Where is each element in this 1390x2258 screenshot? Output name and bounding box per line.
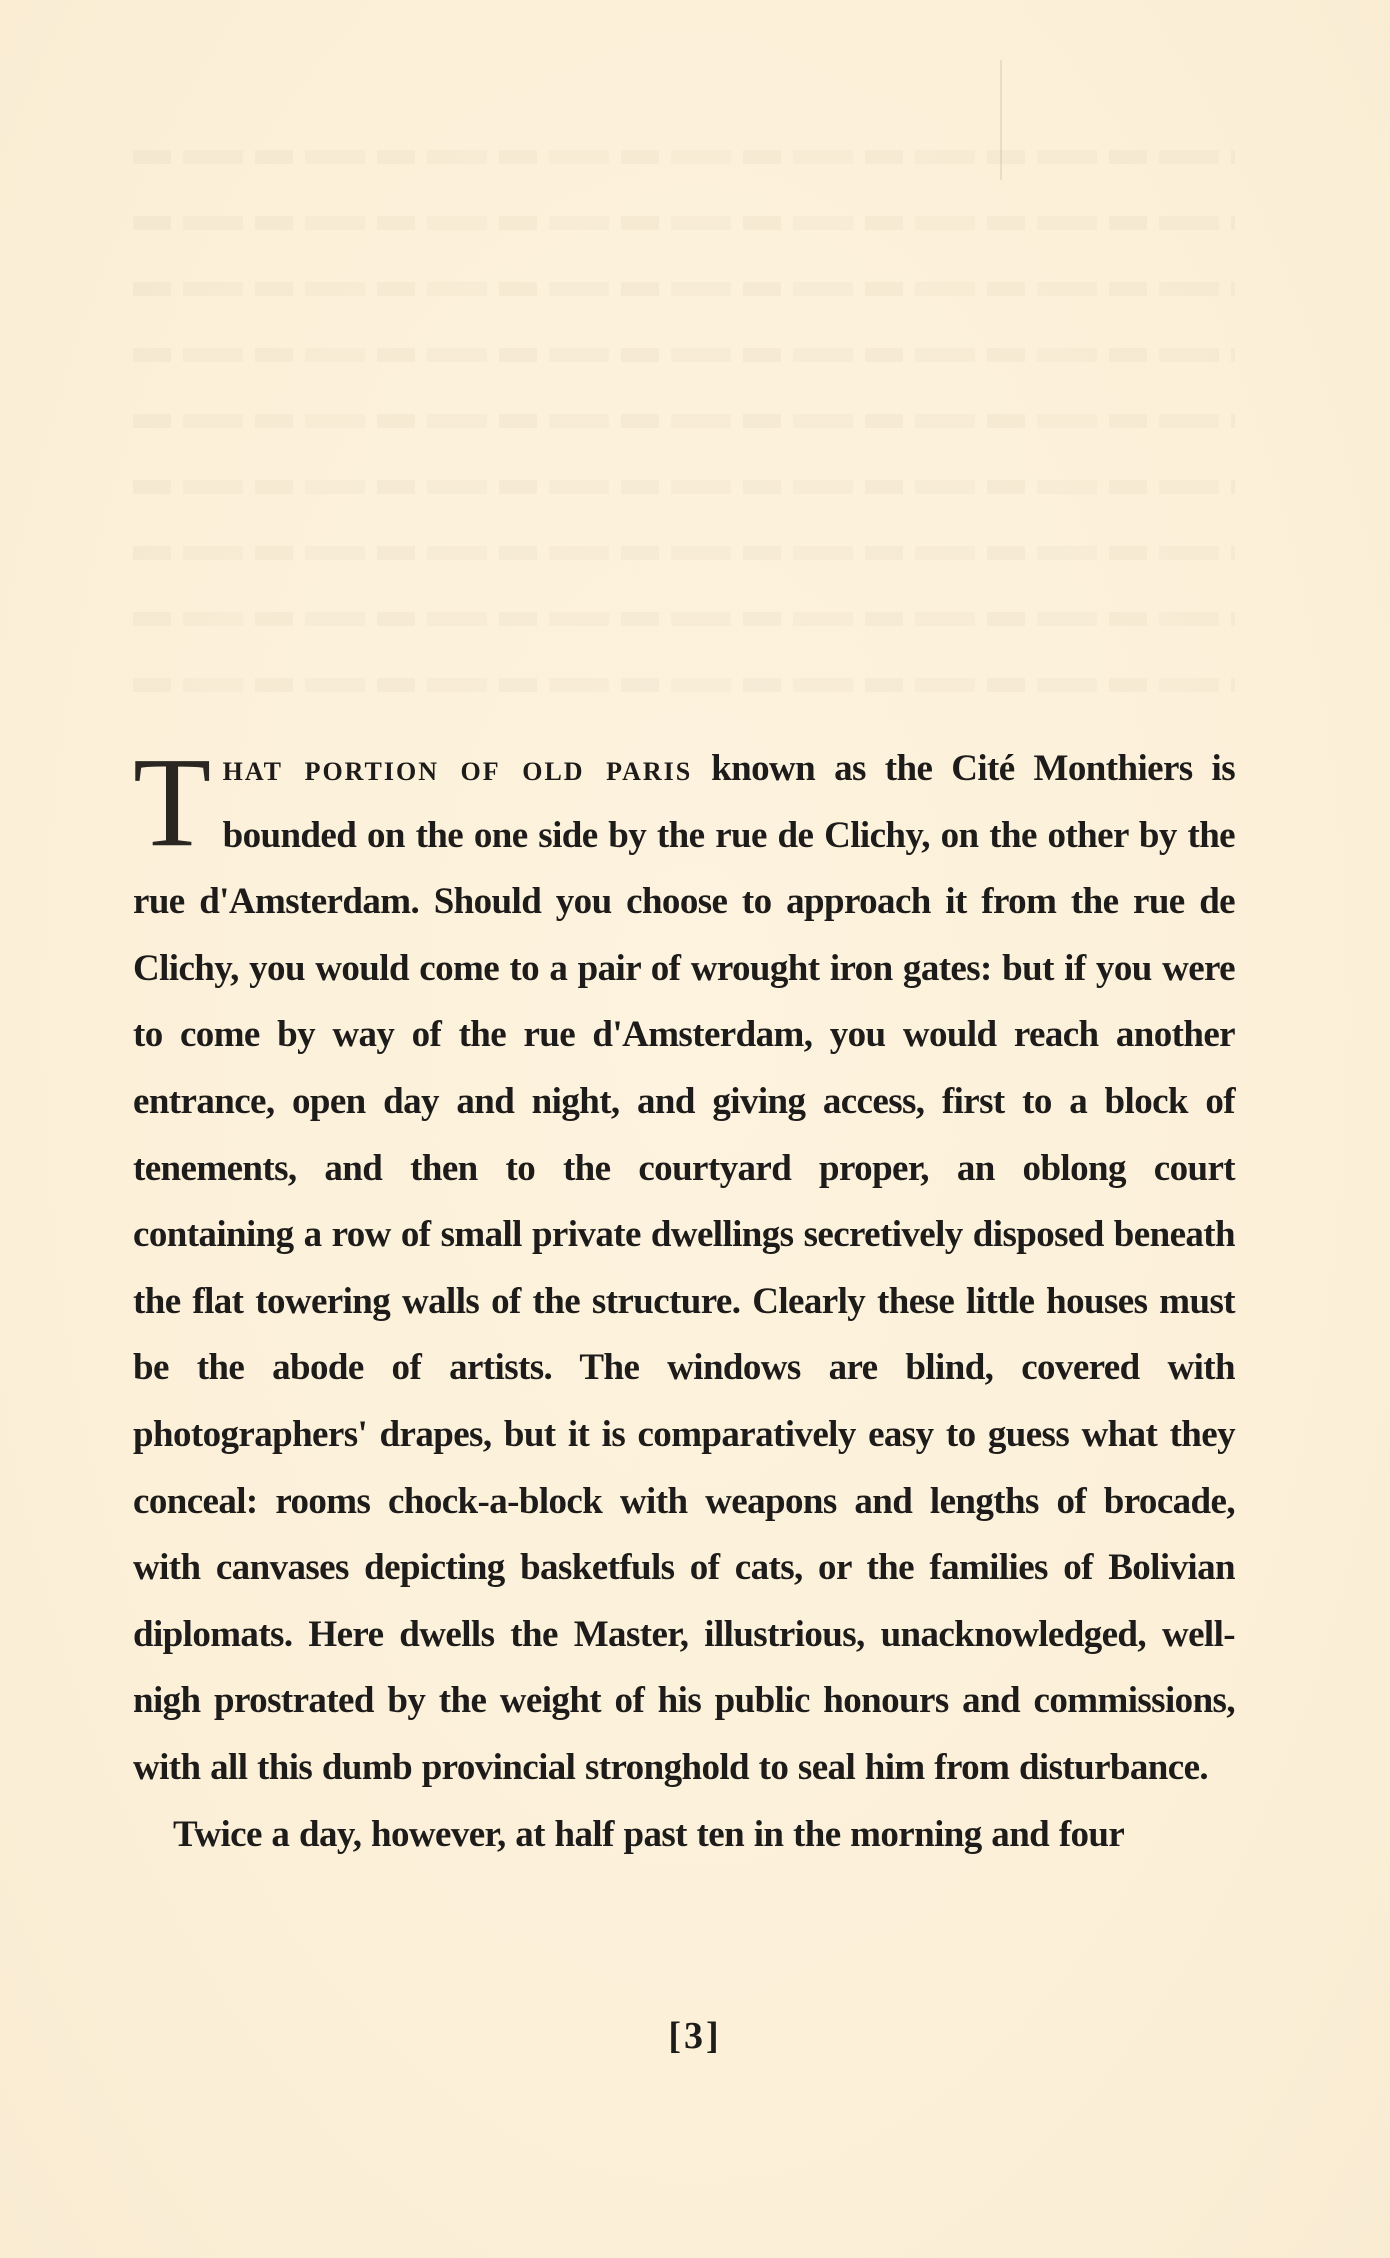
second-paragraph-text: Twice a day, however, at half past ten i… <box>173 1814 1124 1855</box>
body-text: That portion of old paris known as the C… <box>133 736 1235 1868</box>
book-page: That portion of old paris known as the C… <box>0 0 1390 2258</box>
page-number: [3] <box>0 2014 1390 2058</box>
drop-cap: T <box>133 748 211 860</box>
show-through-text <box>133 150 1235 744</box>
scan-artifact-line <box>1000 60 1002 180</box>
opening-paragraph-text: known as the Cité Monthiers is bounded o… <box>133 748 1235 1788</box>
second-paragraph: Twice a day, however, at half past ten i… <box>133 1802 1235 1869</box>
small-caps-lead: hat portion of old paris <box>223 748 693 789</box>
opening-paragraph: That portion of old paris known as the C… <box>133 736 1235 1802</box>
